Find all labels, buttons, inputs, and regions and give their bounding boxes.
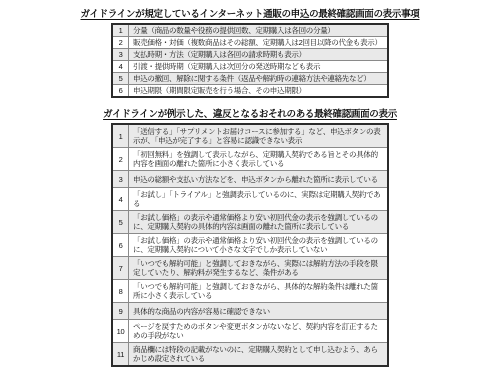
row-text: 「お試し価格」の表示や通常価格より安い初回代金の表示を強調しているのに、定期購入… <box>129 211 389 234</box>
row-number: 1 <box>112 24 129 37</box>
row-number: 5 <box>112 73 129 85</box>
table-row: 3支払時期・方法（定期購入は各回の請求時期も表示） <box>112 49 388 61</box>
table-row: 2「初回無料」を強調して表示しながら、定期購入契約である旨とその具体的内容を画面… <box>112 148 388 171</box>
section-required-display-items: ガイドラインが規定しているインターネット通販の申込の最終確認画面の表示事項 1分… <box>0 0 500 98</box>
table-row: 4引渡・提供時期（定期購入は次回分の発送時期なども表示 <box>112 61 388 73</box>
row-text: 具体的な商品の内容が容易に確認できない <box>129 303 389 320</box>
row-text: 支払時期・方法（定期購入は各回の請求時期も表示） <box>129 49 389 61</box>
row-number: 10 <box>112 320 129 343</box>
row-text: 「初回無料」を強調して表示しながら、定期購入契約である旨とその具体的内容を画面の… <box>129 148 389 171</box>
row-text: 引渡・提供時期（定期購入は次回分の発送時期なども表示 <box>129 61 389 73</box>
section-title-required-items: ガイドラインが規定しているインターネット通販の申込の最終確認画面の表示事項 <box>0 0 500 20</box>
row-text: 商品欄には特段の記載がないのに、定期購入契約として申し込むよう、あらかじめ設定さ… <box>129 343 389 367</box>
table-row: 6申込期限（期間限定販売を行う場合、その申込期限） <box>112 85 388 98</box>
row-number: 11 <box>112 343 129 367</box>
table-row: 2販売価格・対価（複数商品はその総額、定期購入は2回目以降の代金も表示） <box>112 37 388 49</box>
row-text: 申込期限（期間限定販売を行う場合、その申込期限） <box>129 85 389 98</box>
row-number: 1 <box>112 124 129 148</box>
row-number: 6 <box>112 234 129 257</box>
row-number: 2 <box>112 37 129 49</box>
table-row: 1「送信する」「サプリメントお届けコースに参加する」など、申込ボタンの表示が、「… <box>112 124 388 148</box>
row-text: 申込の総額や支払い方法などを、申込ボタンから離れた箇所に表示している <box>129 171 389 188</box>
row-text: 販売価格・対価（複数商品はその総額、定期購入は2回目以降の代金も表示） <box>129 37 389 49</box>
table-row: 11商品欄には特段の記載がないのに、定期購入契約として申し込むよう、あらかじめ設… <box>112 343 388 367</box>
row-text: 「いつでも解約可能」と強調しておきながら、実際には解約方法の手段を限定していたり… <box>129 257 389 280</box>
table-row: 10ページを戻すためのボタンや変更ボタンがないなど、契約内容を訂正するための手段… <box>112 320 388 343</box>
row-text: 分量（商品の数量や役務の提供回数、定期購入は各回の分量） <box>129 24 389 37</box>
row-number: 7 <box>112 257 129 280</box>
row-number: 2 <box>112 148 129 171</box>
table-row: 1分量（商品の数量や役務の提供回数、定期購入は各回の分量） <box>112 24 388 37</box>
row-number: 3 <box>112 171 129 188</box>
document-page: ガイドラインが規定しているインターネット通販の申込の最終確認画面の表示事項 1分… <box>0 0 500 375</box>
section-violation-examples: ガイドラインが例示した、違反となるおそれのある最終確認画面の表示 1「送信する」… <box>0 106 500 367</box>
row-number: 3 <box>112 49 129 61</box>
section-title-violation-examples: ガイドラインが例示した、違反となるおそれのある最終確認画面の表示 <box>0 106 500 120</box>
table-row: 8「いつでも解約可能」と強調しておきながら、具体的な解約条件は離れた箇所に小さく… <box>112 280 388 303</box>
table-row: 3申込の総額や支払い方法などを、申込ボタンから離れた箇所に表示している <box>112 171 388 188</box>
table-row: 5「お試し価格」の表示や通常価格より安い初回代金の表示を強調しているのに、定期購… <box>112 211 388 234</box>
row-text: 「お試し」「トライアル」と強調表示しているのに、実際は定期購入契約である <box>129 188 389 211</box>
table-row: 4「お試し」「トライアル」と強調表示しているのに、実際は定期購入契約である <box>112 188 388 211</box>
row-text: ページを戻すためのボタンや変更ボタンがないなど、契約内容を訂正するための手段がな… <box>129 320 389 343</box>
row-number: 9 <box>112 303 129 320</box>
row-text: 申込の撤回、解除に関する条件（返品や解約時の連絡方法や連絡先など） <box>129 73 389 85</box>
table-row: 7「いつでも解約可能」と強調しておきながら、実際には解約方法の手段を限定していた… <box>112 257 388 280</box>
required-items-table: 1分量（商品の数量や役務の提供回数、定期購入は各回の分量）2販売価格・対価（複数… <box>111 23 389 98</box>
row-number: 6 <box>112 85 129 98</box>
row-number: 4 <box>112 188 129 211</box>
row-text: 「送信する」「サプリメントお届けコースに参加する」など、申込ボタンの表示が、「申… <box>129 124 389 148</box>
row-number: 5 <box>112 211 129 234</box>
table-row: 9具体的な商品の内容が容易に確認できない <box>112 303 388 320</box>
row-number: 4 <box>112 61 129 73</box>
table-row: 6「お試し価格」の表示や通常価格より安い初回代金の表示を強調しているのに、定期購… <box>112 234 388 257</box>
row-text: 「いつでも解約可能」と強調しておきながら、具体的な解約条件は離れた箇所に小さく表… <box>129 280 389 303</box>
table-row: 5申込の撤回、解除に関する条件（返品や解約時の連絡方法や連絡先など） <box>112 73 388 85</box>
row-number: 8 <box>112 280 129 303</box>
row-text: 「お試し価格」の表示や通常価格より安い初回代金の表示を強調しているのに、定期購入… <box>129 234 389 257</box>
violation-examples-table: 1「送信する」「サプリメントお届けコースに参加する」など、申込ボタンの表示が、「… <box>111 123 389 367</box>
